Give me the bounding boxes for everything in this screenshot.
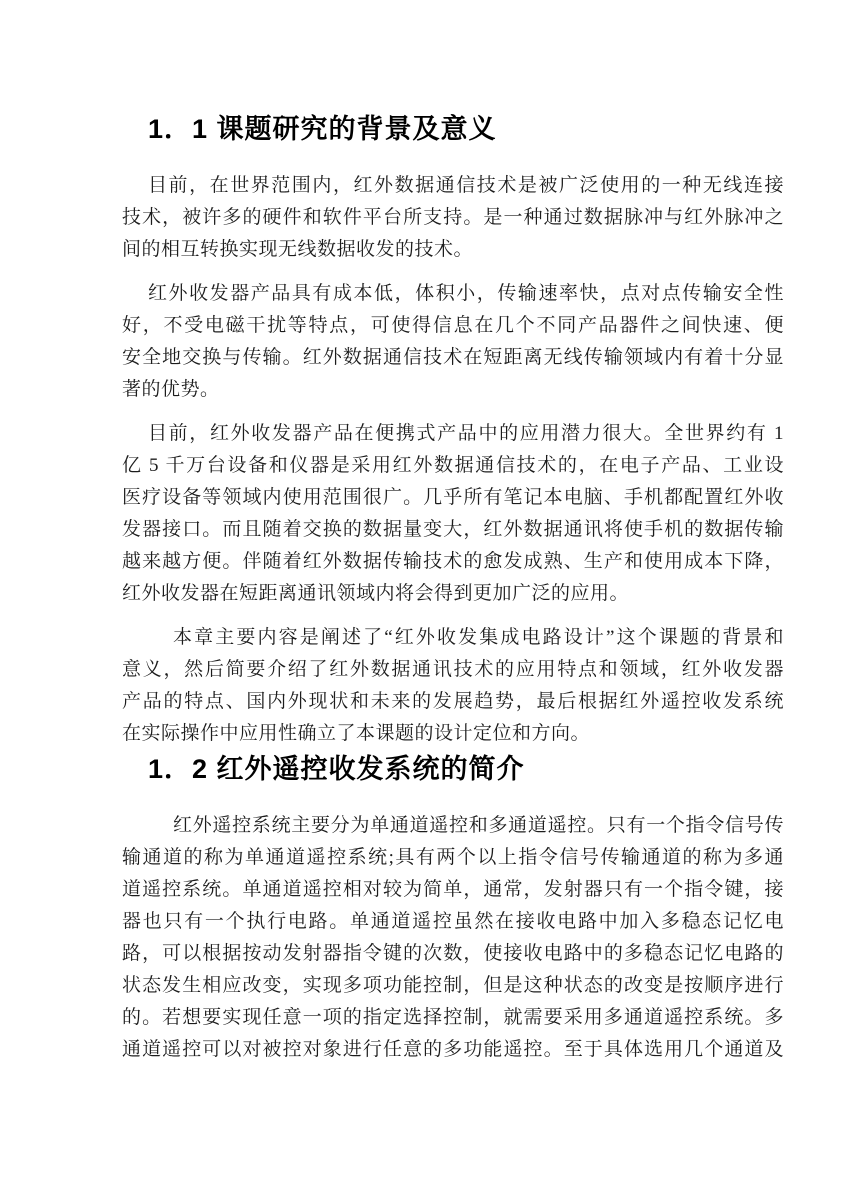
- text-line: 产品的特点、国内外现状和未来的发展趋势，最后根据红外遥控收发系统: [122, 686, 784, 718]
- paragraph: 本章主要内容是阐述了“红外收发集成电路设计”这个课题的背景和意义，然后简要介绍了…: [122, 622, 784, 750]
- paragraph: 红外收发器产品具有成本低，体积小，传输速率快，点对点传输安全性好，不受电磁干扰等…: [122, 278, 784, 406]
- text-line: 间的相互转换实现无线数据收发的技术。: [122, 234, 784, 266]
- text-line: 输通道的称为单通道遥控系统;具有两个以上指令信号传输通道的称为多通: [122, 842, 784, 874]
- text-line: 目前，红外收发器产品在便携式产品中的应用潜力很大。全世界约有 1: [122, 418, 784, 450]
- text-line: 红外遥控系统主要分为单通道遥控和多通道遥控。只有一个指令信号传: [122, 810, 784, 842]
- paragraph: 目前，红外收发器产品在便携式产品中的应用潜力很大。全世界约有 1亿 5 千万台设…: [122, 418, 784, 610]
- document-content: 1．1 课题研究的背景及意义目前，在世界范围内，红外数据通信技术是被广泛使用的一…: [122, 112, 784, 1066]
- paragraph: 红外遥控系统主要分为单通道遥控和多通道遥控。只有一个指令信号传输通道的称为单通道…: [122, 810, 784, 1066]
- text-line: 的。若想要实现任意一项的指定选择控制，就需要采用多通道遥控系统。多: [122, 1002, 784, 1034]
- text-line: 目前，在世界范围内，红外数据通信技术是被广泛使用的一种无线连接: [122, 170, 784, 202]
- text-line: 技术，被许多的硬件和软件平台所支持。是一种通过数据脉冲与红外脉冲之: [122, 202, 784, 234]
- text-line: 道遥控系统。单通道遥控相对较为简单，通常，发射器只有一个指令键，接收: [122, 874, 784, 906]
- section-heading: 1．1 课题研究的背景及意义: [122, 112, 784, 146]
- paragraph: 目前，在世界范围内，红外数据通信技术是被广泛使用的一种无线连接技术，被许多的硬件…: [122, 170, 784, 266]
- section-heading: 1．2 红外遥控收发系统的简介: [122, 752, 784, 786]
- text-line: 著的优势。: [122, 374, 784, 406]
- text-line: 红外收发器产品具有成本低，体积小，传输速率快，点对点传输安全性: [122, 278, 784, 310]
- text-line: 好，不受电磁干扰等特点，可使得信息在几个不同产品器件之间快速、便捷、: [122, 310, 784, 342]
- text-line: 红外收发器在短距离通讯领域内将会得到更加广泛的应用。: [122, 578, 784, 610]
- text-line: 越来越方便。伴随着红外数据传输技术的愈发成熟、生产和使用成本下降，: [122, 546, 784, 578]
- text-line: 本章主要内容是阐述了“红外收发集成电路设计”这个课题的背景和: [122, 622, 784, 654]
- text-line: 路，可以根据按动发射器指令键的次数，使接收电路中的多稳态记忆电路的: [122, 938, 784, 970]
- text-line: 器也只有一个执行电路。单通道遥控虽然在接收电路中加入多稳态记忆电: [122, 906, 784, 938]
- text-line: 医疗设备等领域内使用范围很广。几乎所有笔记本电脑、手机都配置红外收: [122, 482, 784, 514]
- text-line: 意义，然后简要介绍了红外数据通讯技术的应用特点和领域，红外收发器: [122, 654, 784, 686]
- text-line: 安全地交换与传输。红外数据通信技术在短距离无线传输领域内有着十分显: [122, 342, 784, 374]
- text-line: 亿 5 千万台设备和仪器是采用红外数据通信技术的，在电子产品、工业设备、: [122, 450, 784, 482]
- text-line: 发器接口。而且随着交换的数据量变大，红外数据通讯将使手机的数据传输: [122, 514, 784, 546]
- text-line: 通道遥控可以对被控对象进行任意的多功能遥控。至于具体选用几个通道及: [122, 1034, 784, 1066]
- text-line: 状态发生相应改变，实现多项功能控制，但是这种状态的改变是按顺序进行: [122, 970, 784, 1002]
- text-line: 在实际操作中应用性确立了本课题的设计定位和方向。: [122, 718, 784, 750]
- document-page: 1．1 课题研究的背景及意义目前，在世界范围内，红外数据通信技术是被广泛使用的一…: [0, 0, 855, 1190]
